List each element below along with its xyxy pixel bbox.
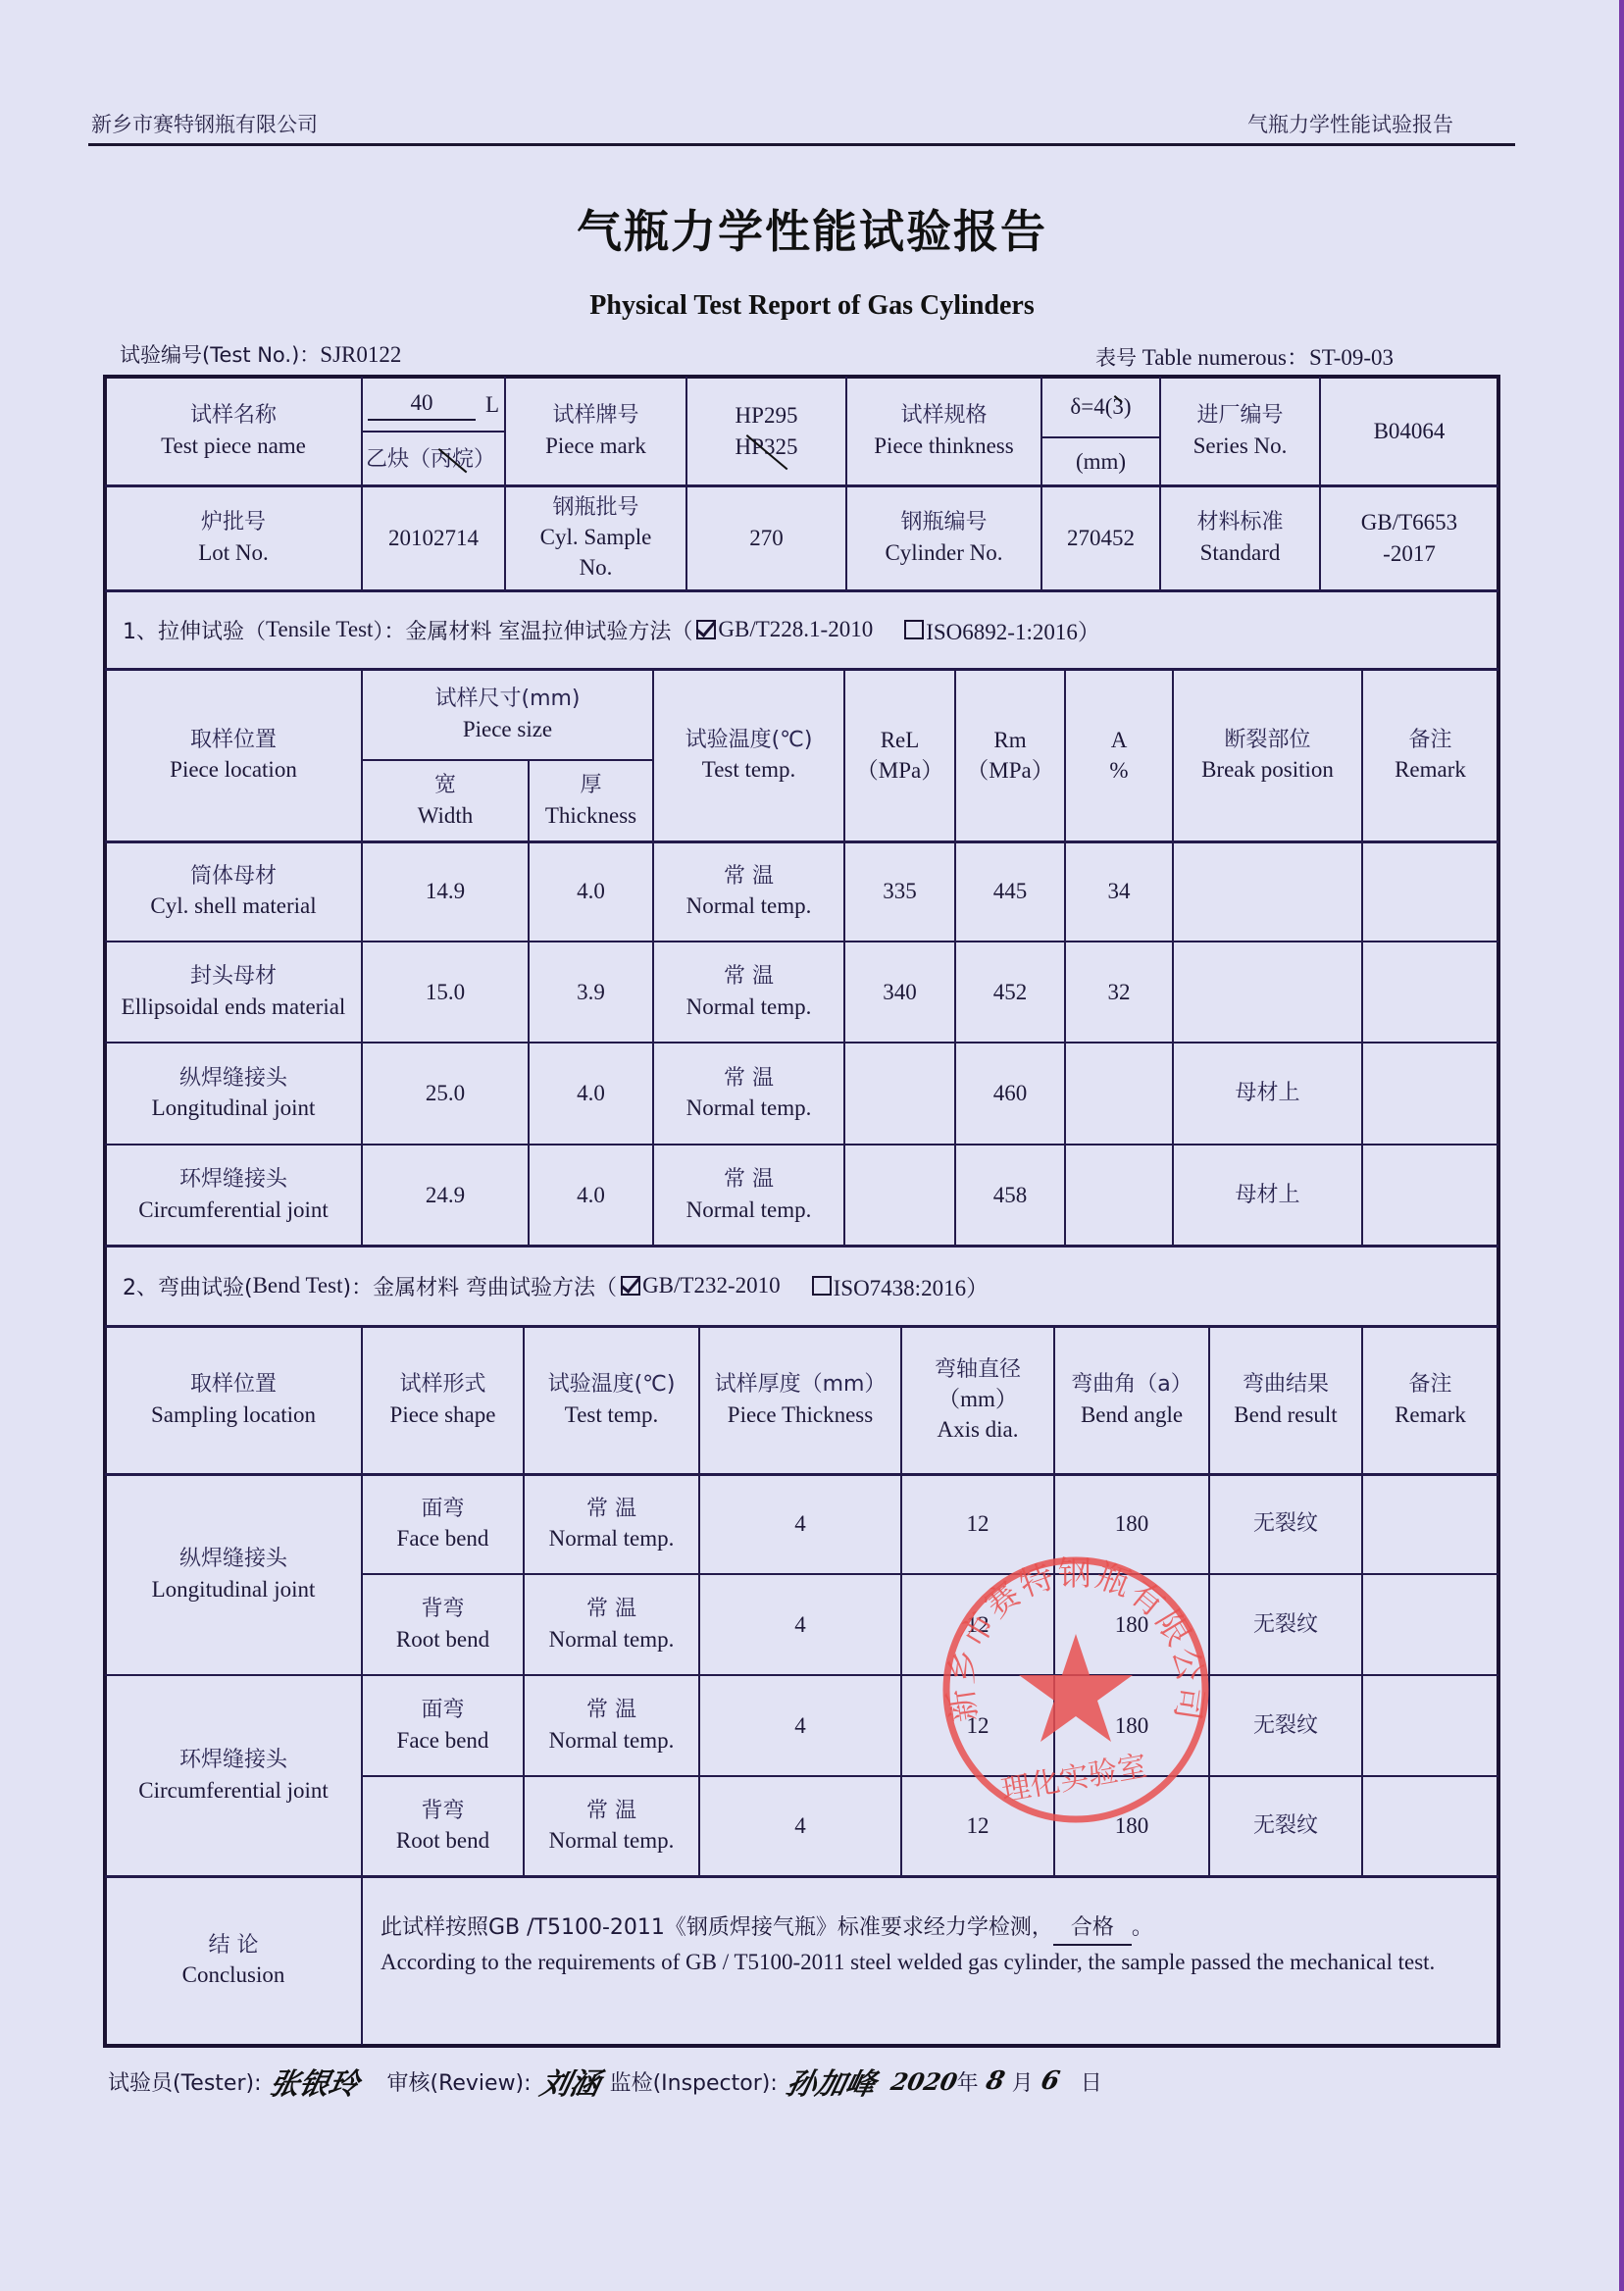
label-en: Thickness: [545, 800, 636, 831]
bend-row-axis: 12: [901, 1474, 1054, 1574]
table-rule: [1319, 485, 1321, 590]
label-en: Break position: [1201, 754, 1334, 785]
label-en: Normal temp.: [549, 1825, 675, 1856]
table-rule: [361, 841, 363, 942]
label-cn: 试验温度(℃): [685, 726, 813, 755]
cyl-sample-label: 钢瓶批号Cyl. SampleNo.: [505, 485, 686, 590]
label-en: Width: [418, 800, 474, 831]
table-rule: [954, 841, 956, 942]
series-no-label: 进厂编号Series No.: [1160, 377, 1320, 485]
series-no-value: B04064: [1374, 416, 1446, 446]
label-cn: 试样形式: [399, 1370, 485, 1400]
conclusion-result: 合格: [1053, 1912, 1132, 1946]
table-rule: [1172, 1145, 1174, 1246]
label-cn: 炉批号: [201, 508, 266, 537]
table-rule: [1361, 1043, 1363, 1145]
table-rule: [528, 1145, 530, 1246]
label-cn: 常 温: [724, 1064, 774, 1094]
review-label: 审核(Review):: [386, 2066, 531, 2097]
date-day-unit: 日: [1081, 2066, 1102, 2097]
label-en: Normal temp.: [549, 1624, 675, 1655]
col-axis-dia: 弯轴直径（mm）Axis dia.: [901, 1326, 1054, 1474]
bend-row-remark: [1362, 1474, 1498, 1574]
thickness-value: 4: [794, 1710, 806, 1741]
table-rule: [361, 1043, 363, 1145]
table-rule: [1172, 669, 1174, 841]
table-rule: [652, 1043, 654, 1145]
table-rule: [1040, 377, 1042, 485]
tensile-row-remark: [1362, 1043, 1498, 1145]
thickness-unit-cell: (mm): [1041, 437, 1160, 485]
table-rule: [1361, 669, 1363, 841]
bend-row-thickness: 4: [699, 1474, 901, 1574]
bend-row-angle: 180: [1054, 1474, 1209, 1574]
table-rule: [698, 1776, 700, 1876]
col-rel: ReL（MPa）: [844, 669, 955, 841]
tensile-row-rel: [844, 1145, 955, 1246]
section-name-en: Bend Test: [253, 1273, 343, 1298]
label-en: Longitudinal joint: [152, 1574, 316, 1604]
col-break-position: 断裂部位Break position: [1173, 669, 1362, 841]
bend-row-angle: 180: [1054, 1776, 1209, 1876]
table-rule: [845, 377, 847, 485]
label-cn: 弯曲结果: [1243, 1370, 1329, 1400]
table-rule: [685, 485, 687, 590]
col-piece-shape: 试样形式Piece shape: [362, 1326, 524, 1474]
tensile-row-remark: [1362, 942, 1498, 1043]
label-en: Normal temp.: [686, 992, 812, 1022]
bend-row-result: 无裂纹: [1209, 1474, 1362, 1574]
tensile-row-temp: 常 温Normal temp.: [653, 1145, 844, 1246]
table-rule: [504, 485, 506, 590]
angle-value: 180: [1115, 1710, 1149, 1741]
label-en: Root bend: [396, 1624, 489, 1655]
table-number-label-en: Table numerous：: [1142, 345, 1309, 370]
bend-row-temp: 常 温Normal temp.: [524, 1675, 699, 1776]
label-cn: 弯轴直径: [935, 1355, 1021, 1385]
table-rule: [954, 1043, 956, 1145]
rm-value: 445: [993, 876, 1028, 906]
gas-type: 乙炔（: [366, 447, 431, 472]
table-rule: [1040, 485, 1042, 590]
break-value: 母材上: [1235, 1079, 1299, 1108]
table-rule: [685, 377, 687, 485]
label-en: （MPa）: [966, 755, 1053, 786]
result-value: 无裂纹: [1253, 1610, 1318, 1640]
tensile-row-rm: 445: [955, 841, 1065, 942]
thickness-cell: δ=4(3): [1041, 377, 1160, 437]
method1-label: GB/T232-2010: [642, 1273, 781, 1298]
angle-value: 180: [1115, 1609, 1149, 1640]
elongation-value: 32: [1108, 977, 1131, 1007]
bend-row-thickness: 4: [699, 1776, 901, 1876]
col-remark: 备注Remark: [1362, 1326, 1498, 1474]
label-en: A: [1111, 725, 1128, 755]
table-rule: [1361, 1474, 1363, 1574]
col-remark: 备注Remark: [1362, 669, 1498, 841]
label-cn: 背弯: [421, 1797, 464, 1826]
rel-value: 335: [883, 876, 917, 906]
label-en: Normal temp.: [686, 891, 812, 921]
table-rule: [698, 1474, 700, 1574]
label-en: Remark: [1395, 754, 1466, 785]
date-month-unit: 月: [1012, 2066, 1034, 2097]
section-prefix: 2、弯曲试验(: [123, 1271, 253, 1301]
lot-no-cell: 20102714: [362, 485, 505, 590]
table-rule: [1361, 1145, 1363, 1246]
method2-checkbox[interactable]: [904, 620, 924, 639]
label-en: Axis dia.: [937, 1414, 1018, 1445]
axis-value: 12: [967, 1710, 990, 1741]
table-rule: [1361, 1675, 1363, 1776]
label-en: Piece mark: [545, 431, 646, 461]
tensile-row-location: 封头母材Ellipsoidal ends material: [105, 942, 362, 1043]
bend-row-axis: 12: [901, 1776, 1054, 1876]
table-rule: [361, 485, 363, 590]
table-rule: [954, 1145, 956, 1246]
table-rule: [1172, 841, 1174, 942]
tensile-row-temp: 常 温Normal temp.: [653, 841, 844, 942]
tensile-row-break: 母材上: [1173, 1145, 1362, 1246]
table-rule: [361, 942, 363, 1043]
label-en: Normal temp.: [549, 1725, 675, 1756]
table-rule: [1208, 1574, 1210, 1675]
table-number-value: ST-09-03: [1309, 345, 1394, 370]
result-value: 无裂纹: [1253, 1509, 1318, 1539]
label-cn: 试样尺寸(mm): [434, 685, 580, 714]
cylinder-no-label: 钢瓶编号Cylinder No.: [846, 485, 1041, 590]
conclusion-label: 结 论Conclusion: [105, 1876, 362, 2045]
label-cn: 钢瓶批号: [552, 493, 638, 523]
tensile-row-width: 24.9: [362, 1145, 529, 1246]
table-rule: [843, 669, 845, 841]
tensile-row-location: 纵焊缝接头Longitudinal joint: [105, 1043, 362, 1145]
table-rule: [1208, 1776, 1210, 1876]
bend-row-shape: 面弯Face bend: [362, 1675, 524, 1776]
table-rule: [652, 841, 654, 942]
standard-value-year: -2017: [1383, 538, 1436, 569]
table-rule: [1361, 841, 1363, 942]
table-rule: [1064, 1145, 1066, 1246]
review-signature: 刘涵: [536, 2060, 604, 2103]
thickness-close: ): [1124, 394, 1132, 419]
elongation-value: 34: [1108, 876, 1131, 906]
tensile-row-remark: [1362, 1145, 1498, 1246]
page-subtitle: Physical Test Report of Gas Cylinders: [0, 290, 1624, 322]
method1-checkbox[interactable]: [696, 620, 716, 639]
table-rule: [362, 759, 653, 761]
table-number-label-cn: 表号: [1095, 346, 1137, 370]
cylinder-no-cell: 270452: [1041, 485, 1160, 590]
bend-row-angle: 180: [1054, 1675, 1209, 1776]
piece-thickness-label: 试样规格Piece thinkness: [846, 377, 1041, 485]
tensile-row-rel: [844, 1043, 955, 1145]
label-en: Cyl. Sample: [540, 522, 652, 552]
label-en: Circumferential joint: [138, 1775, 329, 1806]
bend-row-shape: 面弯Face bend: [362, 1474, 524, 1574]
thickness-value: 4.0: [577, 1180, 605, 1210]
volume-value: 40: [368, 387, 476, 420]
table-rule: [652, 669, 654, 841]
thickness-value: 4: [794, 1810, 806, 1841]
gas-type-struck: 丙烷: [431, 445, 474, 475]
piece-mark-struck: HP325: [736, 432, 798, 462]
label-en: Standard: [1200, 537, 1281, 568]
method2-checkbox[interactable]: [812, 1276, 832, 1296]
col-thickness: 厚Thickness: [529, 760, 653, 841]
table-rule: [1159, 485, 1161, 590]
label-en: Lot No.: [198, 537, 269, 568]
conclusion-label-en: Conclusion: [182, 1960, 285, 1990]
tensile-row-elongation: [1065, 1145, 1173, 1246]
table-rule: [361, 669, 363, 841]
table-rule: [1361, 1574, 1363, 1675]
standard-cell: GB/T6653-2017: [1320, 485, 1498, 590]
label-cn: 备注: [1408, 1370, 1451, 1400]
label-cn: 纵焊缝接头: [179, 1545, 287, 1574]
label-en: Bend angle: [1081, 1400, 1183, 1430]
col-elongation: A%: [1065, 669, 1173, 841]
volume-unit: L: [485, 389, 499, 420]
col-bend-angle: 弯曲角（a）Bend angle: [1054, 1326, 1209, 1474]
conclusion-text: 此试样按照GB /T5100-2011《钢质焊接气瓶》标准要求经力学检测，合格。…: [381, 1910, 1477, 1978]
axis-value: 12: [967, 1609, 990, 1640]
label-cn: 进厂编号: [1196, 401, 1283, 431]
bend-row-remark: [1362, 1675, 1498, 1776]
label-cn: 试样牌号: [552, 401, 638, 431]
tensile-row-break: 母材上: [1173, 1043, 1362, 1145]
tensile-row-thickness: 3.9: [529, 942, 653, 1043]
gas-type-close: ）: [474, 447, 495, 472]
cyl-sample-cell: 270: [686, 485, 846, 590]
col-test-temp: 试验温度(℃)Test temp.: [524, 1326, 699, 1474]
label-en: %: [1109, 755, 1128, 786]
bend-row-remark: [1362, 1574, 1498, 1675]
label-cn: 宽: [434, 771, 456, 800]
label-cn: 试样名称: [190, 401, 277, 431]
label-en: （MPa）: [856, 755, 943, 786]
table-rule: [1172, 942, 1174, 1043]
tensile-row-temp: 常 温Normal temp.: [653, 942, 844, 1043]
label-cn: 筒体母材: [190, 862, 277, 891]
table-rule: [1064, 669, 1066, 841]
label-cn: 纵焊缝接头: [179, 1064, 287, 1094]
tensile-row-elongation: [1065, 1043, 1173, 1145]
label-cn: 常 温: [586, 1696, 636, 1725]
label-en: Face bend: [397, 1523, 489, 1553]
table-rule: [523, 1675, 525, 1776]
table-rule: [698, 1675, 700, 1776]
label-en: Circumferential joint: [138, 1195, 329, 1225]
date-year-unit: 年: [957, 2066, 979, 2097]
label-cn: 取样位置: [190, 726, 277, 755]
bend-row-thickness: 4: [699, 1675, 901, 1776]
tensile-row-width: 25.0: [362, 1043, 529, 1145]
label-cn: 取样位置: [190, 1370, 277, 1400]
table-rule: [1053, 1574, 1055, 1675]
label-en: Rm: [993, 725, 1026, 755]
table-number: 表号 Table numerous：ST-09-03: [1095, 339, 1394, 372]
label-en: Test temp.: [565, 1400, 658, 1430]
table-rule: [900, 1474, 902, 1574]
bend-group-location: 环焊缝接头Circumferential joint: [105, 1675, 362, 1876]
table-rule: [698, 1326, 700, 1474]
thickness-value: 3.9: [577, 977, 605, 1007]
label-en: Cyl. shell material: [150, 891, 316, 921]
label-cn: 常 温: [724, 862, 774, 891]
table-rule: [528, 841, 530, 942]
bend-row-angle: 180: [1054, 1574, 1209, 1675]
signature-line: 试验员(Tester): 张银玲 审核(Review): 刘涵 监检(Inspe…: [108, 2060, 1102, 2103]
tensile-row-remark: [1362, 841, 1498, 942]
label-cn: 试验温度(℃): [548, 1370, 676, 1400]
piece-mark-label: 试样牌号Piece mark: [505, 377, 686, 485]
bend-row-result: 无裂纹: [1209, 1574, 1362, 1675]
method2-label: ISO7438:2016）: [834, 1270, 989, 1302]
label-en: Ellipsoidal ends material: [122, 992, 346, 1022]
table-rule: [845, 485, 847, 590]
tensile-row-elongation: 34: [1065, 841, 1173, 942]
label-en: （mm）: [938, 1384, 1018, 1414]
label-en: Piece location: [170, 754, 297, 785]
tensile-row-width: 15.0: [362, 942, 529, 1043]
tester-signature: 张银玲: [267, 2060, 364, 2103]
test-number-value: SJR0122: [320, 342, 401, 367]
label-en: Remark: [1395, 1400, 1466, 1430]
col-piece-location: 取样位置Piece location: [105, 669, 362, 841]
col-rm: Rm（MPa）: [955, 669, 1065, 841]
inspector-label: 监检(Inspector):: [610, 2066, 778, 2097]
tensile-row-temp: 常 温Normal temp.: [653, 1043, 844, 1145]
width-value: 14.9: [426, 876, 465, 906]
tensile-row-elongation: 32: [1065, 942, 1173, 1043]
tensile-row-rel: 335: [844, 841, 955, 942]
col-piece-thickness: 试样厚度（mm）Piece Thickness: [699, 1326, 901, 1474]
tensile-row-width: 14.9: [362, 841, 529, 942]
table-rule: [1361, 942, 1363, 1043]
label-en: Test piece name: [161, 431, 306, 461]
table-rule: [1064, 942, 1066, 1043]
table-rule: [361, 1326, 363, 1474]
table-rule: [1041, 436, 1160, 438]
label-en: Normal temp.: [686, 1093, 812, 1123]
table-rule: [528, 760, 530, 841]
axis-value: 12: [967, 1508, 990, 1539]
table-rule: [698, 1574, 700, 1675]
label-cn: 弯曲角（a）: [1071, 1370, 1192, 1400]
method1-checkbox[interactable]: [621, 1276, 640, 1296]
thickness-unit: (mm): [1076, 446, 1126, 477]
label-cn: 常 温: [724, 962, 774, 992]
table-rule: [1361, 1776, 1363, 1876]
col-sampling-location: 取样位置Sampling location: [105, 1326, 362, 1474]
inspector-signature: 孙加峰: [783, 2060, 880, 2103]
standard-value: GB/T6653: [1361, 507, 1457, 537]
col-test-temp: 试验温度(℃)Test temp.: [653, 669, 844, 841]
test-number: 试验编号(Test No.)：SJR0122: [120, 339, 401, 369]
lot-no-value: 20102714: [388, 523, 479, 553]
cyl-sample-value: 270: [749, 523, 784, 553]
label-cn: 面弯: [421, 1495, 464, 1524]
col-piece-size: 试样尺寸(mm)Piece size: [362, 669, 653, 760]
label-cn: 试样规格: [900, 401, 987, 431]
label-en: Test temp.: [702, 754, 795, 785]
table-rule: [1172, 1043, 1174, 1145]
bend-group-location: 纵焊缝接头Longitudinal joint: [105, 1474, 362, 1675]
result-value: 无裂纹: [1253, 1811, 1318, 1841]
angle-value: 180: [1115, 1810, 1149, 1841]
width-value: 24.9: [426, 1180, 465, 1210]
label-cn: 试样厚度（mm）: [715, 1370, 887, 1400]
bend-row-thickness: 4: [699, 1574, 901, 1675]
table-rule: [900, 1675, 902, 1776]
tensile-row-rm: 460: [955, 1043, 1065, 1145]
section-method-label: ）：金属材料 室温拉伸试验方法（: [373, 615, 692, 645]
label-en: Sampling location: [151, 1400, 316, 1430]
bend-row-shape: 背弯Root bend: [362, 1776, 524, 1876]
label-en: Normal temp.: [686, 1195, 812, 1225]
bend-row-axis: 12: [901, 1574, 1054, 1675]
rm-value: 460: [993, 1078, 1028, 1108]
table-rule: [523, 1474, 525, 1574]
method1-label: GB/T228.1-2010: [718, 617, 873, 642]
label-cn: 断裂部位: [1224, 726, 1310, 755]
table-rule: [362, 431, 505, 433]
thickness-value: 4.0: [577, 1078, 605, 1108]
tensile-row-rm: 458: [955, 1145, 1065, 1246]
gas-type-cell: 乙炔（丙烷）: [362, 432, 505, 485]
label-en: Piece shape: [390, 1400, 496, 1430]
piece-mark-value: HP295: [736, 400, 798, 431]
break-value: 母材上: [1235, 1181, 1299, 1210]
label-en: Longitudinal joint: [152, 1093, 316, 1123]
label-cn: 环焊缝接头: [179, 1746, 287, 1775]
table-rule: [900, 1776, 902, 1876]
table-rule: [1053, 1474, 1055, 1574]
date-day: 6: [1038, 2066, 1061, 2096]
company-name: 新乡市赛特钢瓶有限公司: [91, 109, 318, 138]
label-en: Piece thinkness: [874, 431, 1013, 461]
date-year: 2020: [888, 2067, 960, 2096]
conclusion-label-cn: 结 论: [209, 1931, 259, 1960]
bend-row-result: 无裂纹: [1209, 1776, 1362, 1876]
table-rule: [843, 1043, 845, 1145]
label-cn: 常 温: [586, 1595, 636, 1624]
label-cn: 厚: [580, 771, 601, 800]
tensile-row-thickness: 4.0: [529, 841, 653, 942]
label-en: Piece size: [463, 714, 552, 744]
label-en: Face bend: [397, 1725, 489, 1756]
bend-row-remark: [1362, 1776, 1498, 1876]
table-rule: [528, 942, 530, 1043]
tensile-row-break: [1173, 942, 1362, 1043]
rm-value: 458: [993, 1180, 1028, 1210]
series-no-cell: B04064: [1320, 377, 1498, 485]
table-rule: [1053, 1326, 1055, 1474]
page-title: 气瓶力学性能试验报告: [0, 196, 1624, 261]
thickness-struck: 3: [1112, 391, 1124, 422]
thickness-value: 4: [794, 1609, 806, 1640]
table-rule: [523, 1776, 525, 1876]
table-rule: [843, 1145, 845, 1246]
table-rule: [1319, 377, 1321, 485]
bend-row-axis: 12: [901, 1675, 1054, 1776]
tester-label: 试验员(Tester):: [108, 2066, 261, 2097]
table-rule: [1208, 1474, 1210, 1574]
section-name-en: Tensile Test: [266, 617, 373, 642]
bend-row-shape: 背弯Root bend: [362, 1574, 524, 1675]
date-month: 8: [983, 2066, 1006, 2096]
